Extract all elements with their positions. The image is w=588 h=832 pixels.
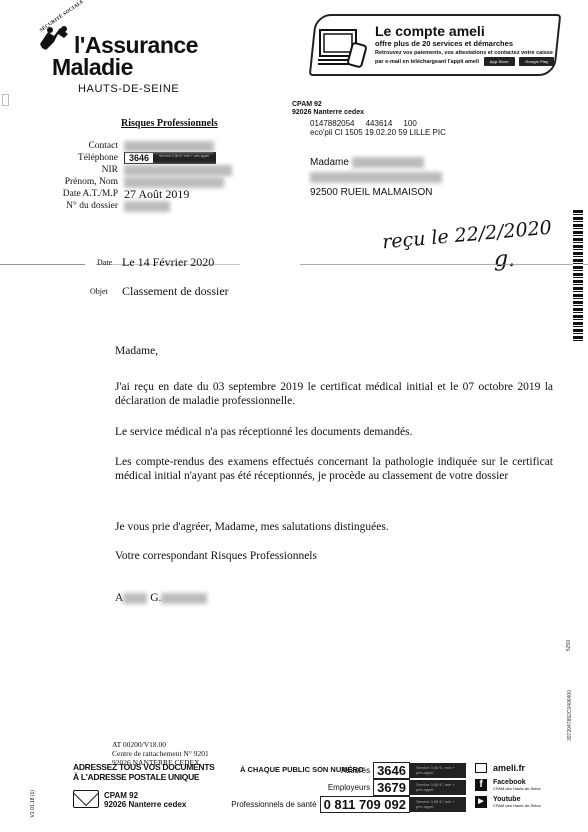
phone-number-box: 3646 Service 0,06 € / min + prix appel: [124, 152, 216, 164]
info-fields: Contact Téléphone 3646 Service 0,06 € / …: [42, 140, 232, 212]
letter-greeting: Madame,: [115, 345, 553, 359]
date-label: Date: [97, 258, 112, 267]
phone-number: 3646: [125, 152, 153, 164]
handwritten-received-note: reçu le 22/2/2020: [381, 217, 552, 254]
phone-number[interactable]: 3646: [373, 762, 410, 779]
logo-figure-icon: [36, 24, 72, 52]
side-code-1: 5259: [566, 640, 572, 651]
postal-marks: 0147882054 443614 100 eco'pli CI 1505 19…: [310, 119, 446, 137]
field-dossier: N° du dossier: [42, 200, 232, 212]
postal-address: CPAM 92 92026 Nanterre cedex: [104, 791, 186, 809]
redacted-value: [124, 165, 232, 176]
field-value: 27 Août 2019: [124, 188, 189, 200]
redacted-value: [124, 201, 170, 212]
facebook-icon: f: [475, 779, 487, 791]
social-sub: CPAM des Hauts-de-Seine: [493, 786, 541, 791]
paragraph-1: J'ai reçu en date du 03 septembre 2019 l…: [115, 381, 553, 408]
devices-icon: [318, 26, 370, 70]
correspondent: Votre correspondant Risques Professionne…: [115, 550, 553, 564]
social-youtube[interactable]: ▶ YoutubeCPAM des Hauts-de-Seine: [475, 796, 541, 808]
barcode: [573, 210, 583, 342]
redacted-value: [124, 141, 214, 152]
number-label: Professionnels de santé: [231, 800, 316, 809]
letter-subject: Classement de dossier: [122, 284, 229, 299]
phone-number[interactable]: 0 811 709 092: [320, 796, 410, 813]
app-store-button[interactable]: App Store: [484, 57, 515, 66]
promo-text: Retrouvez vos paiements, vos attestation…: [375, 50, 555, 66]
logo-region: HAUTS-DE-SEINE: [78, 83, 179, 95]
subject-label: Objet: [90, 287, 108, 296]
scan-mark: [2, 94, 9, 106]
field-nir: NIR: [42, 164, 232, 176]
number-label: Employeurs: [328, 783, 370, 792]
phone-tariff: Service 0,06 € / min + prix appel: [153, 153, 215, 163]
address-name: CPAM 92: [104, 791, 186, 800]
section-title: Risques Professionnels: [121, 118, 218, 129]
sender-name: CPAM 92: [292, 101, 364, 109]
signature-initial-a: A: [115, 592, 123, 604]
phone-number[interactable]: 3679: [373, 779, 410, 796]
recipient-salutation: Madame: [310, 157, 349, 168]
recipient-city: 92500 RUEIL MALMAISON: [310, 185, 442, 200]
field-label: Contact: [42, 140, 118, 152]
social-name: ameli.fr: [493, 765, 525, 772]
field-date-atmp: Date A.T./M.P 27 Août 2019: [42, 188, 232, 200]
version-code: V1 01.18 (1): [30, 790, 36, 818]
logo-text-maladie: Maladie: [52, 56, 133, 79]
number-tariff: Service 0,06 € / min + prix appel: [410, 763, 466, 778]
fold-line: [0, 264, 588, 265]
social-name: Facebook: [493, 779, 541, 786]
redacted-value: [124, 177, 224, 188]
paragraph-3: Les compte-rendus des examens effectués …: [115, 456, 553, 483]
address-heading-2: À L'ADRESSE POSTALE UNIQUE: [73, 772, 214, 782]
field-telephone: Téléphone 3646 Service 0,06 € / min + pr…: [42, 152, 232, 164]
redacted-lastname: [161, 593, 207, 604]
field-contact: Contact: [42, 140, 232, 152]
redacted-firstname: [123, 593, 147, 604]
sender-address: CPAM 92 92026 Nanterre cedex: [292, 101, 364, 117]
sender-city: 92026 Nanterre cedex: [292, 109, 364, 117]
social-ameli[interactable]: ameli.fr: [475, 763, 525, 773]
field-label: NIR: [42, 164, 118, 176]
social-sub: CPAM des Hauts-de-Seine: [493, 803, 541, 808]
postal-line-2: eco'pli CI 1505 19.02.20 59 LILLE PIC: [310, 128, 446, 137]
address-city: 92026 Nanterre cedex: [104, 800, 186, 809]
google-play-button[interactable]: Google Play: [519, 57, 554, 66]
field-label: Date A.T./M.P: [42, 188, 118, 200]
address-heading: ADRESSEZ TOUS VOS DOCUMENTS À L'ADRESSE …: [73, 762, 214, 782]
address-heading-1: ADRESSEZ TOUS VOS DOCUMENTS: [73, 762, 214, 772]
ref-line-1: AT 00200/V18.00: [112, 740, 209, 749]
paragraph-2: Le service médical n'a pas réceptionné l…: [115, 426, 553, 440]
field-label: Prénom, Nom: [42, 176, 118, 188]
redacted-name: [352, 157, 424, 168]
number-row-employeurs: Employeurs 3679 Service 0,06 € / min + p…: [328, 779, 466, 796]
redacted-street: [310, 172, 442, 183]
youtube-icon: ▶: [475, 796, 487, 808]
computer-icon: [475, 763, 487, 773]
number-tariff: Service 0,06 € / min + prix appel: [410, 780, 466, 795]
side-code-2: 3972047892C0406400: [567, 690, 573, 741]
signature-initial-g: G.: [150, 592, 161, 604]
social-name: Youtube: [493, 796, 541, 803]
field-label: Téléphone: [42, 152, 118, 164]
ref-line-2: Centre de rattachement N° 9201: [112, 749, 209, 758]
signature: A G.: [115, 592, 553, 606]
social-facebook[interactable]: f FacebookCPAM des Hauts-de-Seine: [475, 779, 541, 791]
postal-line-1: 0147882054 443614 100: [310, 119, 446, 128]
recipient-address: Madame 92500 RUEIL MALMAISON: [310, 155, 442, 200]
number-row-professionnels: Professionnels de santé 0 811 709 092 Se…: [231, 796, 466, 813]
closing-formula: Je vous prie d'agréer, Madame, mes salut…: [115, 521, 553, 535]
promo-subtitle: offre plus de 20 services et démarches: [375, 39, 513, 48]
handwritten-initial: g.: [494, 247, 515, 272]
letter-date: Le 14 Février 2020: [122, 255, 214, 270]
envelope-icon: [73, 790, 99, 808]
field-name: Prénom, Nom: [42, 176, 232, 188]
field-label: N° du dossier: [42, 200, 118, 212]
number-row-assures: Assurés 3646 Service 0,06 € / min + prix…: [341, 762, 466, 779]
number-label: Assurés: [341, 766, 370, 775]
number-tariff: Service 0,06 € / min + prix appel: [410, 797, 466, 812]
promo-title: Le compte ameli: [375, 23, 485, 39]
